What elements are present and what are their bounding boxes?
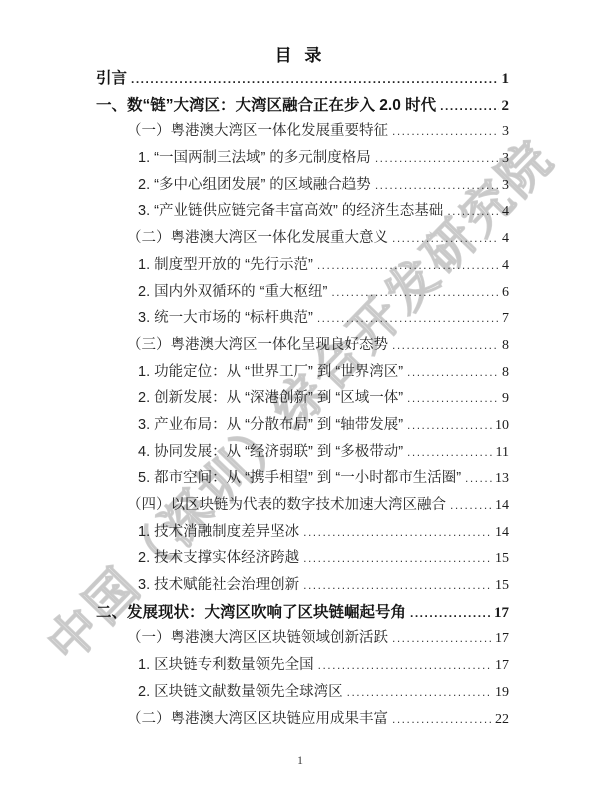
toc-entry-page-number: 11 bbox=[496, 445, 509, 461]
toc-entry-page-number: 3 bbox=[502, 124, 509, 140]
toc-dotted-leader bbox=[440, 99, 498, 113]
toc-entry: 2. 技术支撑实体经济跨越 15 bbox=[96, 546, 509, 573]
toc-entry: （一）粤港澳大湾区一体化发展重要特征 3 bbox=[96, 119, 509, 146]
toc-entry-page-number: 7 bbox=[502, 311, 509, 327]
toc-dotted-leader bbox=[318, 658, 492, 672]
toc-entry: 1. 制度型开放的 “先行示范” 4 bbox=[96, 253, 509, 280]
document-page: 中国（深圳）综合开发研究院 目 录 引言 1 一、数“链”大湾区：大湾区融合正在… bbox=[0, 0, 600, 788]
toc-entry: 1. 技术消融制度差异坚冰 14 bbox=[96, 520, 509, 547]
toc-dotted-leader bbox=[392, 124, 499, 138]
toc-entry-label: （二）粤港澳大湾区一体化发展重大意义 bbox=[127, 226, 388, 247]
toc-dotted-leader bbox=[303, 551, 492, 565]
toc-entry-page-number: 17 bbox=[495, 631, 509, 647]
toc-entry-label: 1. 技术消融制度差异坚冰 bbox=[138, 520, 299, 541]
toc-dotted-leader bbox=[331, 285, 499, 299]
toc-dotted-leader bbox=[392, 338, 499, 352]
toc-entry-label: （二）粤港澳大湾区区块链应用成果丰富 bbox=[127, 707, 388, 728]
toc-dotted-leader bbox=[375, 151, 499, 165]
page-title: 目 录 bbox=[0, 41, 600, 66]
toc-entry-label: 1. 功能定位：从 “世界工厂” 到 “世界湾区” bbox=[138, 360, 403, 381]
toc-entry-label: （一）粤港澳大湾区一体化发展重要特征 bbox=[127, 119, 388, 140]
toc-dotted-leader bbox=[407, 445, 492, 459]
toc-entry: 5. 都市空间：从 “携手相望” 到 “一小时都市生活圈” 13 bbox=[96, 466, 509, 493]
toc-dotted-leader bbox=[347, 685, 492, 699]
toc-entry: 2. 区块链文献数量领先全球湾区 19 bbox=[96, 680, 509, 707]
toc-entry: 2. 国内外双循环的 “重大枢纽” 6 bbox=[96, 280, 509, 307]
toc-entry: （一）粤港澳大湾区区块链领域创新活跃 17 bbox=[96, 626, 509, 653]
toc-entry-page-number: 1 bbox=[502, 71, 510, 88]
toc-entry-label: 5. 都市空间：从 “携手相望” 到 “一小时都市生活圈” bbox=[138, 466, 461, 487]
toc-entry: 3. 技术赋能社会治理创新 15 bbox=[96, 573, 509, 600]
toc-dotted-leader bbox=[303, 578, 492, 592]
toc-dotted-leader bbox=[407, 391, 499, 405]
toc-entry-page-number: 10 bbox=[495, 418, 509, 434]
toc-entry-page-number: 3 bbox=[502, 178, 509, 194]
toc-entry-page-number: 19 bbox=[495, 685, 509, 701]
toc-entry-label: 1. 制度型开放的 “先行示范” bbox=[138, 253, 313, 274]
toc-dotted-leader bbox=[392, 712, 492, 726]
toc-entry-label: 3. 统一大市场的 “标杆典范” bbox=[138, 306, 313, 327]
toc-entry: 一、数“链”大湾区：大湾区融合正在步入 2.0 时代 2 bbox=[96, 93, 509, 120]
toc-entry-label: 3. 技术赋能社会治理创新 bbox=[138, 573, 299, 594]
toc-entry: 引言 1 bbox=[96, 66, 509, 93]
toc-dotted-leader bbox=[450, 498, 492, 512]
toc-entry-label: 二、发展现状：大湾区吹响了区块链崛起号角 bbox=[96, 600, 406, 622]
toc-dotted-leader bbox=[131, 72, 498, 86]
toc-dotted-leader bbox=[375, 178, 499, 192]
toc-dotted-leader bbox=[392, 231, 499, 245]
toc-entry-page-number: 8 bbox=[502, 338, 509, 354]
toc-entry: （三）粤港澳大湾区一体化呈现良好态势 8 bbox=[96, 333, 509, 360]
toc-entry-label: （四）以区块链为代表的数字技术加速大湾区融合 bbox=[127, 493, 446, 514]
toc-entry-label: 2. 区块链文献数量领先全球湾区 bbox=[138, 680, 343, 701]
toc-entry: 4. 协同发展：从 “经济弱联” 到 “多极带动” 11 bbox=[96, 440, 509, 467]
toc-entry-page-number: 2 bbox=[502, 98, 510, 115]
toc-entry-label: 3. 产业布局：从 “分散布局” 到 “轴带发展” bbox=[138, 413, 403, 434]
toc-entry: 3. “产业链供应链完备丰富高效” 的经济生态基础 4 bbox=[96, 199, 509, 226]
toc-entry: （二）粤港澳大湾区区块链应用成果丰富 22 bbox=[96, 707, 509, 734]
toc-dotted-leader bbox=[392, 631, 492, 645]
toc-entry-page-number: 14 bbox=[495, 525, 509, 541]
toc-dotted-leader bbox=[407, 418, 492, 432]
toc-dotted-leader bbox=[465, 471, 492, 485]
toc-entry: 3. 产业布局：从 “分散布局” 到 “轴带发展” 10 bbox=[96, 413, 509, 440]
toc-entry-page-number: 15 bbox=[495, 551, 509, 567]
toc-entry-label: 1. “一国两制三法域” 的多元制度格局 bbox=[138, 146, 371, 167]
toc-entry: （二）粤港澳大湾区一体化发展重大意义 4 bbox=[96, 226, 509, 253]
toc-entry-label: 一、数“链”大湾区：大湾区融合正在步入 2.0 时代 bbox=[96, 93, 436, 115]
toc-entry-label: 4. 协同发展：从 “经济弱联” 到 “多极带动” bbox=[138, 440, 403, 461]
toc-entry-label: 2. 技术支撑实体经济跨越 bbox=[138, 546, 299, 567]
toc-entry-label: 2. 国内外双循环的 “重大枢纽” bbox=[138, 280, 327, 301]
toc-entry-label: 2. “多中心组团发展” 的区域融合趋势 bbox=[138, 173, 371, 194]
toc-dotted-leader bbox=[407, 365, 499, 379]
toc-entry-page-number: 13 bbox=[495, 471, 509, 487]
toc-entry: 1. 区块链专利数量领先全国 17 bbox=[96, 653, 509, 680]
toc-entry-page-number: 9 bbox=[502, 391, 509, 407]
footer-page-number: 1 bbox=[0, 753, 600, 768]
toc-entry-page-number: 3 bbox=[502, 151, 509, 167]
toc-dotted-leader bbox=[303, 525, 492, 539]
toc-entry-page-number: 4 bbox=[502, 258, 509, 274]
toc-entry-page-number: 4 bbox=[502, 204, 509, 220]
toc-entry-page-number: 6 bbox=[502, 285, 509, 301]
toc-dotted-leader bbox=[447, 204, 499, 218]
toc-entry-page-number: 4 bbox=[502, 231, 509, 247]
toc-entry-label: 1. 区块链专利数量领先全国 bbox=[138, 653, 314, 674]
toc-entry-page-number: 14 bbox=[495, 498, 509, 514]
toc-entry: （四）以区块链为代表的数字技术加速大湾区融合 14 bbox=[96, 493, 509, 520]
toc-entry-page-number: 15 bbox=[495, 578, 509, 594]
toc-dotted-leader bbox=[410, 606, 491, 620]
toc-entry-label: 引言 bbox=[96, 66, 127, 88]
toc-entry-label: （三）粤港澳大湾区一体化呈现良好态势 bbox=[127, 333, 388, 354]
toc-dotted-leader bbox=[317, 311, 499, 325]
toc-entry-page-number: 22 bbox=[495, 712, 509, 728]
toc-entry-label: （一）粤港澳大湾区区块链领域创新活跃 bbox=[127, 626, 388, 647]
toc-entry: 2. 创新发展：从 “深港创新” 到 “区域一体” 9 bbox=[96, 386, 509, 413]
toc-entry: 3. 统一大市场的 “标杆典范” 7 bbox=[96, 306, 509, 333]
toc-entry: 1. 功能定位：从 “世界工厂” 到 “世界湾区” 8 bbox=[96, 360, 509, 387]
toc-entry-label: 3. “产业链供应链完备丰富高效” 的经济生态基础 bbox=[138, 199, 443, 220]
toc-dotted-leader bbox=[317, 258, 499, 272]
toc-entry: 1. “一国两制三法域” 的多元制度格局 3 bbox=[96, 146, 509, 173]
toc-list: 引言 1 一、数“链”大湾区：大湾区融合正在步入 2.0 时代 2 （一）粤港澳… bbox=[96, 66, 509, 733]
toc-entry-page-number: 8 bbox=[502, 365, 509, 381]
toc-entry-label: 2. 创新发展：从 “深港创新” 到 “区域一体” bbox=[138, 386, 403, 407]
toc-entry-page-number: 17 bbox=[495, 658, 509, 674]
toc-entry: 二、发展现状：大湾区吹响了区块链崛起号角 17 bbox=[96, 600, 509, 627]
toc-entry-page-number: 17 bbox=[494, 605, 509, 622]
toc-entry: 2. “多中心组团发展” 的区域融合趋势 3 bbox=[96, 173, 509, 200]
